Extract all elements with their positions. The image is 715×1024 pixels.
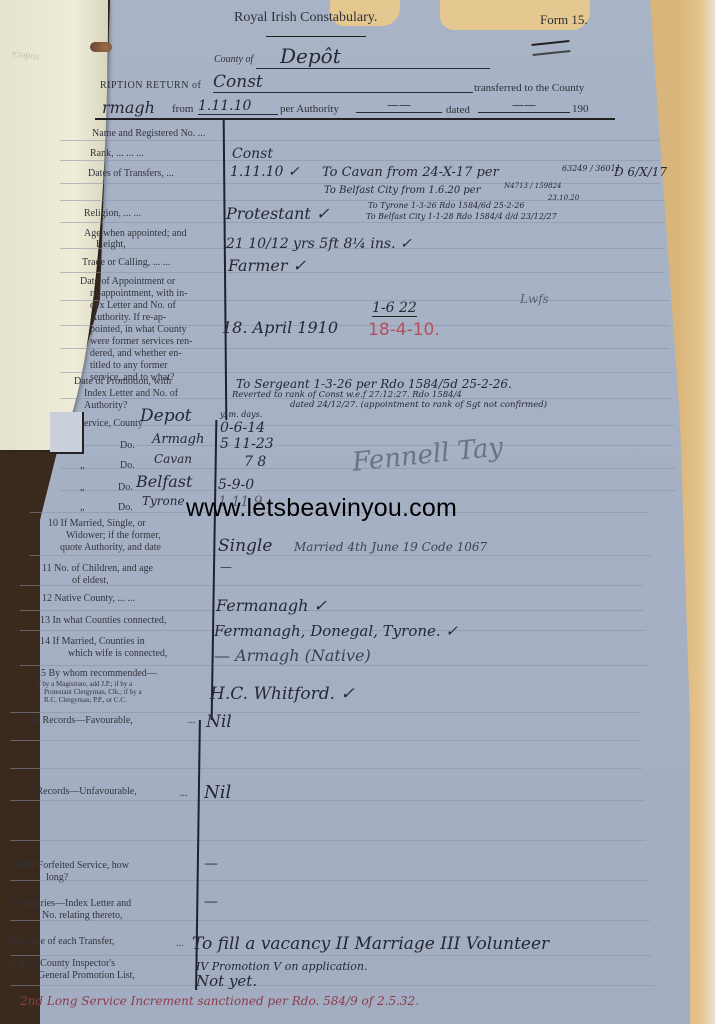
- appointment-over-value: 1-6 22: [372, 300, 417, 317]
- county-to-value: rmagh: [102, 98, 155, 117]
- rank-label: Rank, ... ... ...: [90, 148, 144, 160]
- promotion-value-2: Reverted to rank of Const w.e.f 27:12:27…: [232, 390, 462, 400]
- service-value-2: 7 8: [244, 454, 266, 470]
- faded-stamp: ɐɔəpos: [11, 48, 39, 63]
- promotion-list-value: Not yet.: [196, 972, 257, 990]
- counties-connected-value: Fermanagh, Donegal, Tyrone. ✓: [214, 622, 458, 640]
- from-value: 1.11.10: [198, 98, 278, 115]
- religion-label: Religion, ... ...: [84, 208, 141, 220]
- children-value: —: [220, 560, 232, 574]
- per-authority-value: ——: [356, 98, 442, 113]
- records-unfavourable-value: Nil: [204, 782, 231, 803]
- watermark: www.letsbeavinyou.com: [186, 494, 457, 523]
- transfer-date-value: 1.11.10 ✓: [230, 164, 300, 180]
- children-label: 11 No. of Children, and age of eldest,: [42, 563, 202, 587]
- form-title: Royal Irish Constabulary.: [234, 10, 377, 26]
- promotion-list-label: 21 If on County Inspector's General Prom…: [6, 958, 191, 982]
- transfer-note-2-ref: N4713 / 159824: [504, 182, 561, 190]
- native-county-label: 12 Native County, ... ...: [42, 593, 135, 605]
- religion-value: Protestant ✓: [226, 204, 329, 223]
- title-underline: [266, 36, 366, 37]
- service-county-4: Tyrone: [142, 494, 185, 508]
- recommended-label: 15 By whom recommended— If by a Magistra…: [36, 668, 206, 704]
- service-county-1: Armagh: [152, 432, 204, 447]
- appointment-label: Date of Appointment or re-appointment, w…: [80, 276, 215, 384]
- transfer-note-1-ref: 63249 / 36011: [562, 164, 621, 173]
- transfer-note-3: To Tyrone 1-3-26 Rdo 1584/6d 25-2-26: [368, 201, 524, 210]
- description-return-label: RIPTION RETURN of: [100, 80, 201, 91]
- wife-counties-value: — Armagh (Native): [214, 646, 371, 665]
- service-do-1: Do.: [120, 440, 135, 452]
- service-value-3: 5-9-0: [218, 477, 254, 493]
- records-unfavourable-label: 17 Records—Unfavourable,: [24, 786, 137, 798]
- promotion-value-3: dated 24/12/27. (appointment to rank of …: [290, 400, 547, 410]
- transfer-cause-label: 20 Cause of each Transfer,: [8, 936, 115, 948]
- transfer-cause-value: To fill a vacancy II Marriage III Volunt…: [192, 934, 549, 954]
- records-favourable-value: Nil: [206, 712, 232, 732]
- forfeited-value: —: [204, 856, 218, 872]
- folded-corner: [50, 412, 84, 454]
- appointment-initials: Lwfs: [520, 292, 549, 306]
- transfers-label: Dates of Transfers, ...: [88, 168, 174, 180]
- service-do-3: Do.: [118, 482, 133, 494]
- married-note: Married 4th June 19 Code 1067: [294, 540, 487, 554]
- service-do-2: Do.: [120, 460, 135, 472]
- name-label: Name and Registered No. ...: [92, 128, 205, 140]
- married-value: Single: [218, 536, 272, 556]
- service-county-2: Cavan: [154, 452, 192, 466]
- rank-value: Const: [232, 146, 273, 162]
- header-divider: [95, 118, 615, 120]
- service-label: ervice, County: [84, 418, 143, 430]
- dated-label: dated: [446, 104, 470, 116]
- per-authority-label: per Authority: [280, 103, 339, 115]
- fastener-pin-icon: [90, 42, 112, 52]
- transfer-note-4: To Belfast City 1-1-28 Rdo 1584/4 d/d 23…: [366, 212, 557, 221]
- wife-counties-label: 14 If Married, Counties in which wife is…: [40, 636, 200, 660]
- service-value-1: 5 11-23: [220, 436, 274, 452]
- transfer-note-2-date: 23.10.20: [548, 194, 579, 202]
- height-label: Height,: [96, 239, 126, 251]
- injuries-value: —: [204, 894, 218, 910]
- transfer-note-1-suffix: D 6/X/17: [614, 165, 667, 179]
- trade-value: Farmer ✓: [228, 256, 306, 275]
- county-of-label: County of: [214, 54, 253, 65]
- age-height-value: 21 10/12 yrs 5ft 8¼ ins. ✓: [226, 236, 412, 252]
- footer-note: 2nd Long Service Increment sanctioned pe…: [20, 994, 419, 1008]
- counties-connected-label: 13 In what Counties connected,: [40, 615, 166, 627]
- trade-label: Trade or Calling, ... ...: [82, 257, 170, 269]
- dated-value: ——: [478, 98, 570, 113]
- county-of-value: Depôt: [256, 44, 490, 69]
- service-units-header: y. m. days.: [220, 410, 262, 419]
- description-return-value: Const: [213, 72, 473, 93]
- service-do-4: Do.: [118, 502, 133, 514]
- year-label: 190: [572, 103, 589, 115]
- service-county-0: Depot: [140, 406, 192, 426]
- transfer-note-1: To Cavan from 24-X-17 per: [322, 165, 499, 180]
- recommended-value: H.C. Whitford. ✓: [210, 684, 355, 704]
- transfer-note-2: To Belfast City from 1.6.20 per: [324, 185, 481, 196]
- appointment-red-value: 18-4-10.: [368, 320, 440, 340]
- forfeited-label: 18 If Forfeited Service, how long?: [16, 860, 188, 884]
- married-label: 10 If Married, Single, or Widower; if th…: [48, 518, 198, 554]
- native-county-value: Fermanagh ✓: [216, 596, 327, 615]
- records-favourable-label: 16 Records—Favourable,: [30, 715, 133, 727]
- service-county-3: Belfast: [136, 472, 192, 491]
- injuries-label: 19 Injuries—Index Letter and No. relatin…: [12, 898, 192, 922]
- promotion-value-1: To Sergeant 1-3-26 per Rdo 1584/5d 25-2-…: [236, 377, 512, 391]
- service-value-0: 0-6-14: [220, 420, 265, 436]
- transferred-label: transferred to the County: [474, 82, 584, 94]
- from-label: from: [172, 103, 193, 115]
- appointment-value: 18. April 1910: [222, 318, 338, 337]
- form-number: Form 15.: [540, 12, 588, 28]
